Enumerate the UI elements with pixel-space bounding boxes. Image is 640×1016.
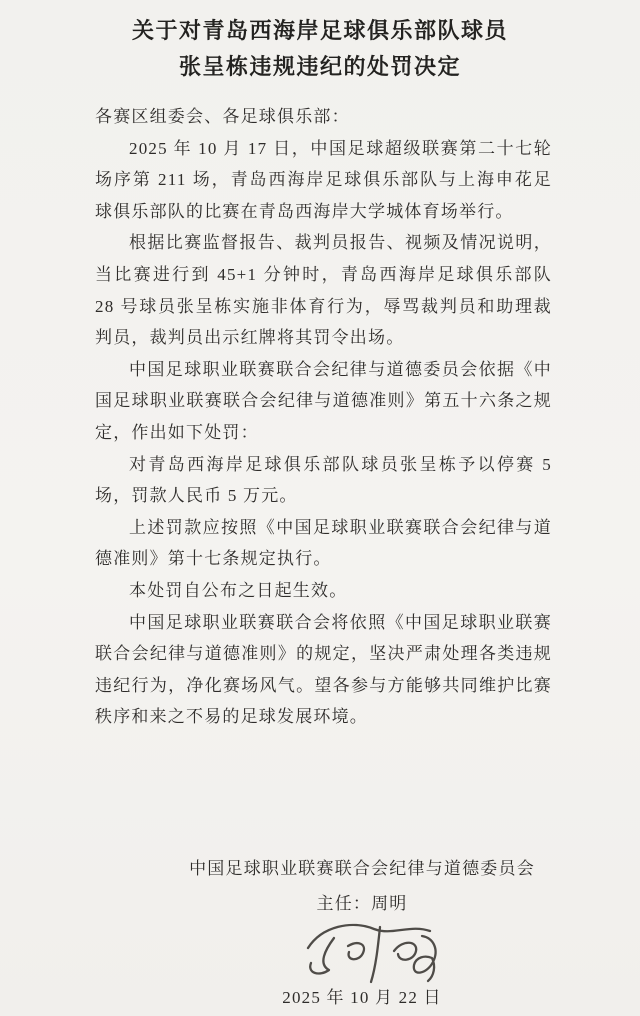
document-date: 2025 年 10 月 22 日 [84, 986, 640, 1010]
body-paragraph-3: 中国足球职业联赛联合会纪律与道德委员会依据《中国足球职业联赛联合会纪律与道德准则… [95, 354, 552, 449]
body-paragraph-2: 根据比赛监督报告、裁判员报告、视频及情况说明，当比赛进行到 45+1 分钟时，青… [95, 227, 552, 353]
document-title-line1: 关于对青岛西海岸足球俱乐部队球员 [0, 13, 640, 49]
signer-title-line: 主任：周明 [84, 892, 640, 916]
body-paragraph-4: 对青岛西海岸足球俱乐部队球员张呈栋予以停赛 5 场，罚款人民币 5 万元。 [95, 449, 552, 512]
document-title-line2: 张呈栋违规违纪的处罚决定 [0, 49, 640, 85]
body-paragraph-5: 上述罚款应按照《中国足球职业联赛联合会纪律与道德准则》第十七条规定执行。 [95, 512, 552, 575]
body-paragraph-7: 中国足球职业联赛联合会将依照《中国足球职业联赛联合会纪律与道德准则》的规定，坚决… [95, 607, 552, 733]
handwritten-signature-image [84, 918, 640, 984]
body-paragraph-1: 2025 年 10 月 17 日，中国足球超级联赛第二十七轮场序第 211 场，… [95, 133, 552, 228]
issuing-organization: 中国足球职业联赛联合会纪律与道德委员会 [84, 857, 640, 881]
document-page: 关于对青岛西海岸足球俱乐部队球员 张呈栋违规违纪的处罚决定 各赛区组委会、各足球… [0, 0, 640, 1016]
document-title: 关于对青岛西海岸足球俱乐部队球员 张呈栋违规违纪的处罚决定 [0, 0, 640, 85]
document-body: 各赛区组委会、各足球俱乐部： 2025 年 10 月 17 日，中国足球超级联赛… [0, 101, 640, 733]
body-paragraph-6: 本处罚自公布之日起生效。 [95, 575, 552, 607]
salutation: 各赛区组委会、各足球俱乐部： [95, 101, 552, 133]
signoff-block: 中国足球职业联赛联合会纪律与道德委员会 主任：周明 2025 年 10 月 22… [0, 857, 640, 1010]
